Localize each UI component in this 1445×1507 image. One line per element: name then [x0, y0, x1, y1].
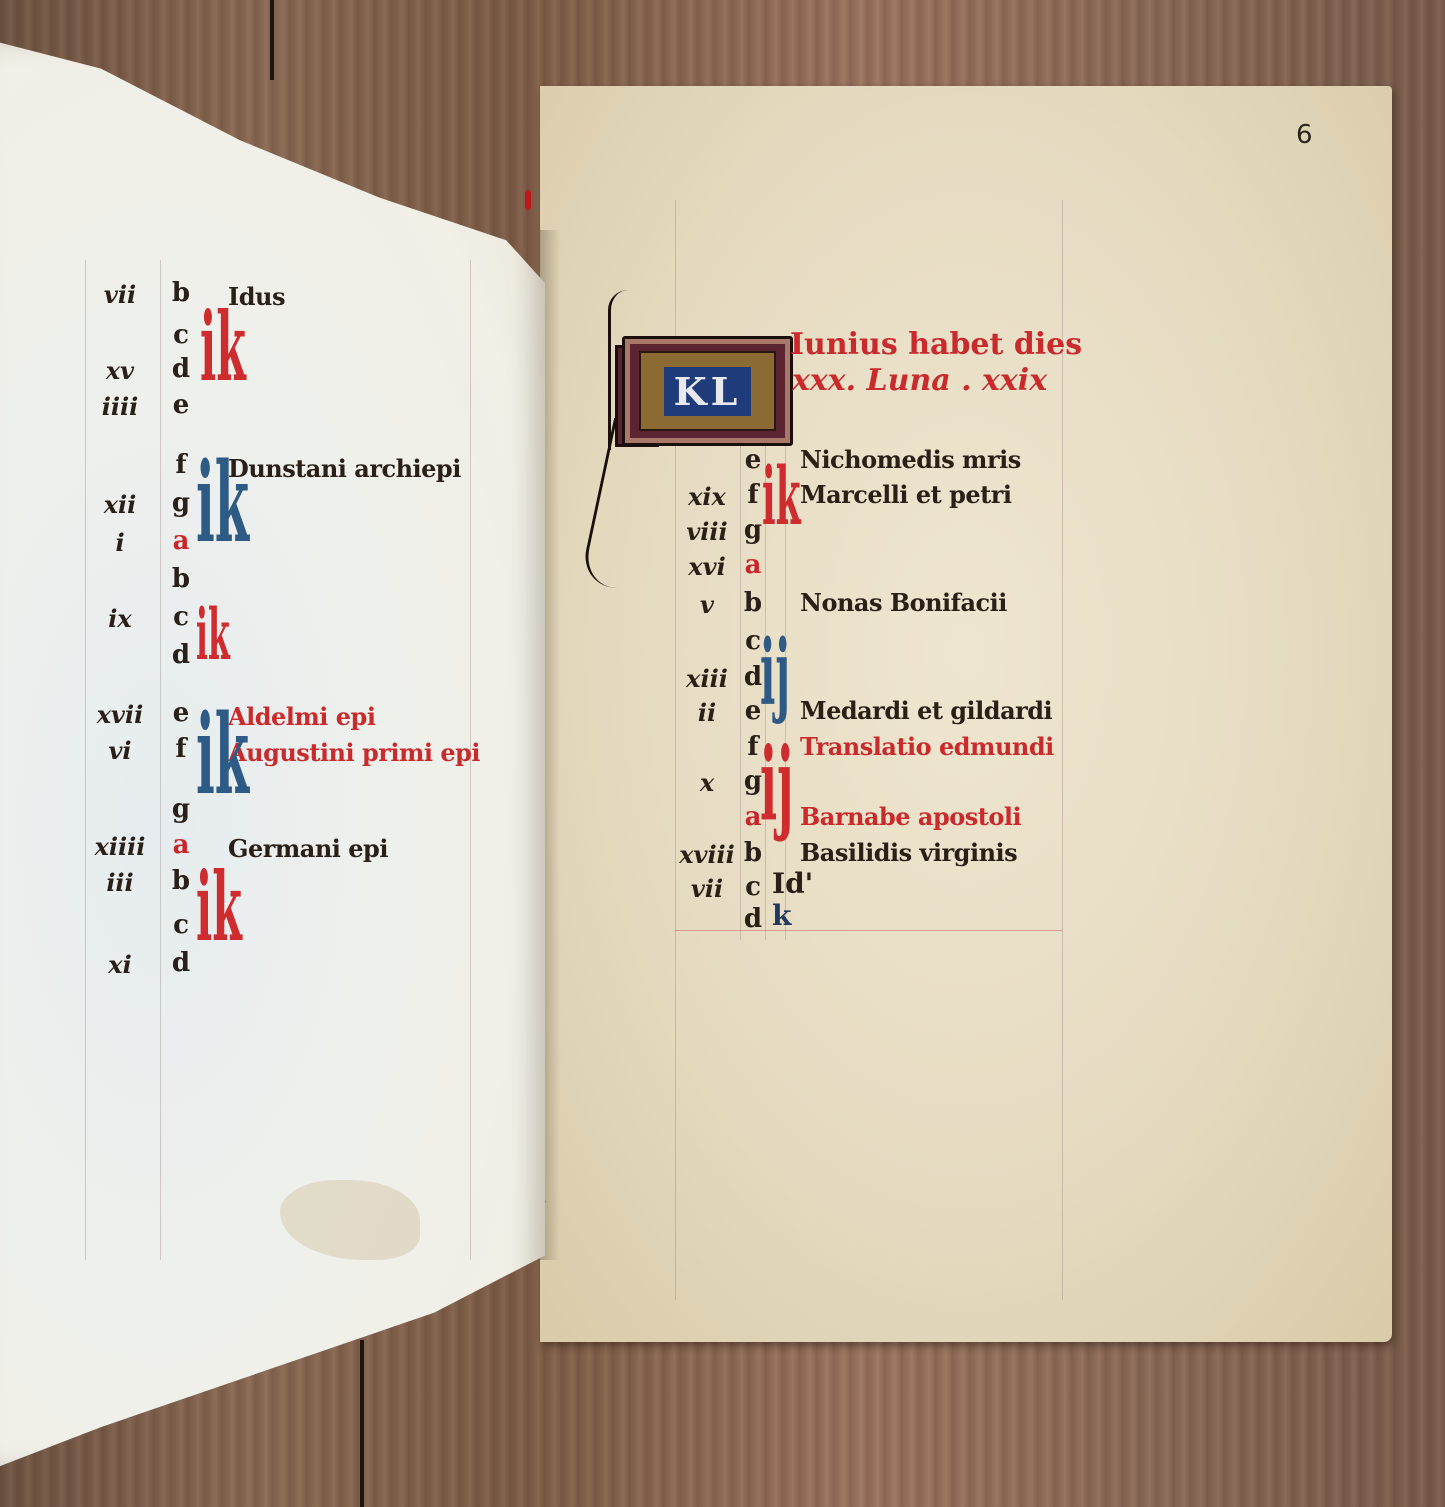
initial-letters: KL [664, 367, 752, 416]
kal-marker: k [772, 902, 791, 930]
dominical-letter: e [742, 445, 764, 475]
golden-number: xvii [85, 700, 155, 729]
golden-number: xix [672, 482, 742, 511]
feast-entry: Germani epi [228, 834, 388, 863]
feast-entry: Nonas Bonifacii [800, 588, 1007, 617]
kal-marker: ik [196, 600, 230, 670]
golden-number: xiiii [85, 832, 155, 861]
golden-number: xii [85, 490, 155, 519]
kal-marker: ik [196, 448, 249, 558]
feast-entry: Medardi et gildardi [800, 696, 1052, 725]
golden-number: v [672, 590, 742, 619]
golden-number: x [672, 768, 742, 797]
dominical-letter: d [170, 354, 192, 384]
folio-number: 6 [1296, 120, 1313, 150]
dominical-letter: g [170, 488, 192, 518]
golden-number: xvi [672, 552, 742, 581]
dominical-letter: a [170, 526, 192, 556]
feast-entry: Marcelli et petri [800, 480, 1011, 509]
dominical-letter: g [742, 515, 764, 545]
dominical-letter: f [742, 480, 764, 510]
month-heading-line2: xxx. Luna . xxix [792, 364, 1047, 398]
dominical-letter: a [170, 830, 192, 860]
golden-number: xiii [672, 664, 742, 693]
golden-number: vii [672, 874, 742, 903]
golden-number: ii [672, 698, 742, 727]
feast-entry: Augustini primi epi [228, 738, 480, 767]
golden-number: iiii [85, 392, 155, 421]
kal-marker: Id' [772, 870, 813, 898]
kal-marker: ik [196, 860, 242, 955]
feast-entry: Nichomedis mris [800, 445, 1021, 474]
golden-number: viii [672, 517, 742, 546]
feast-entry: Basilidis virginis [800, 838, 1017, 867]
feast-entry: Barnabe apostoli [800, 802, 1021, 831]
dominical-letter: f [170, 450, 192, 480]
dominical-letter: b [170, 564, 192, 594]
feast-entry: Dunstani archiepi [228, 454, 461, 483]
dominical-letter: g [170, 794, 192, 824]
wood-crack [360, 1340, 364, 1507]
red-thread [525, 190, 531, 210]
golden-number: i [85, 528, 155, 557]
ruling-line [675, 930, 1062, 931]
ruling-line [160, 260, 161, 1260]
feast-entry: Translatio edmundi [800, 732, 1054, 761]
dominical-letter: b [170, 866, 192, 896]
dominical-letter: c [742, 872, 764, 902]
wood-crack [270, 0, 274, 80]
dominical-letter: d [170, 948, 192, 978]
dominical-letter: b [742, 588, 764, 618]
golden-number: xi [85, 950, 155, 979]
kal-marker: ij [760, 628, 790, 718]
dominical-letter: e [170, 390, 192, 420]
month-heading-line1: Iunius habet dies [790, 328, 1082, 362]
dominical-letter: d [170, 640, 192, 670]
dominical-letter: b [170, 278, 192, 308]
dominical-letter: d [742, 904, 764, 934]
golden-number: xv [85, 356, 155, 385]
dominical-letter: f [170, 734, 192, 764]
dominical-letter: c [170, 320, 192, 350]
kal-marker: ik [200, 300, 246, 395]
golden-number: ix [85, 604, 155, 633]
dominical-letter: e [170, 698, 192, 728]
illuminated-initial: KL [622, 336, 793, 446]
golden-number: iii [85, 868, 155, 897]
kal-marker: ik [196, 700, 249, 810]
dominical-letter: c [170, 602, 192, 632]
feast-entry: Aldelmi epi [228, 702, 375, 731]
golden-number: vi [85, 736, 155, 765]
golden-number: vii [85, 280, 155, 309]
kal-marker: ij [760, 734, 793, 834]
kal-marker: ik [762, 456, 801, 536]
ruling-line [1062, 200, 1063, 1300]
golden-number: xviii [672, 840, 742, 869]
dominical-letter: a [742, 550, 764, 580]
dominical-letter: c [170, 910, 192, 940]
